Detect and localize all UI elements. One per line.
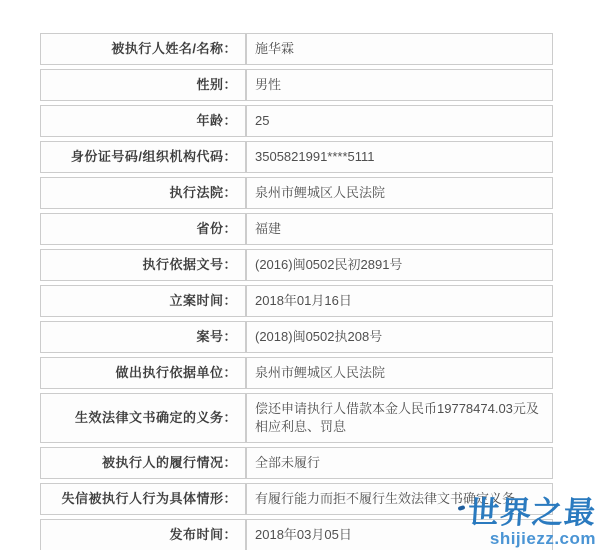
- table-row: 身份证号码/组织机构代码： 3505821991****5111: [40, 141, 553, 173]
- field-value: (2016)闽0502民初2891号: [246, 249, 553, 281]
- field-value: 福建: [246, 213, 553, 245]
- enforcement-record-table-wrap: 被执行人姓名/名称： 施华霖 性别： 男性 年龄： 25 身份证号码/组织机构代…: [40, 29, 553, 550]
- field-value: 施华霖: [246, 33, 553, 65]
- field-label: 省份：: [40, 213, 246, 245]
- table-row: 年龄： 25: [40, 105, 553, 137]
- site-watermark-logo[interactable]: 世界之最 shijiezz.com: [458, 497, 596, 547]
- table-row: 性别： 男性: [40, 69, 553, 101]
- field-label: 失信被执行人行为具体情形：: [40, 483, 246, 515]
- field-label: 生效法律文书确定的义务：: [40, 393, 246, 443]
- enforcement-record-table: 被执行人姓名/名称： 施华霖 性别： 男性 年龄： 25 身份证号码/组织机构代…: [40, 29, 553, 550]
- field-label: 被执行人姓名/名称：: [40, 33, 246, 65]
- field-value: 泉州市鲤城区人民法院: [246, 357, 553, 389]
- field-value: 泉州市鲤城区人民法院: [246, 177, 553, 209]
- field-value: 25: [246, 105, 553, 137]
- table-row: 生效法律文书确定的义务： 偿还申请执行人借款本金人民币19778474.03元及…: [40, 393, 553, 443]
- field-value: 男性: [246, 69, 553, 101]
- field-label: 年龄：: [40, 105, 246, 137]
- field-label: 执行依据文号：: [40, 249, 246, 281]
- field-label: 身份证号码/组织机构代码：: [40, 141, 246, 173]
- field-value: (2018)闽0502执208号: [246, 321, 553, 353]
- table-row: 被执行人的履行情况： 全部未履行: [40, 447, 553, 479]
- table-row: 执行法院： 泉州市鲤城区人民法院: [40, 177, 553, 209]
- site-name-text: 世界之最: [467, 497, 597, 528]
- table-row: 省份： 福建: [40, 213, 553, 245]
- table-row: 执行依据文号： (2016)闽0502民初2891号: [40, 249, 553, 281]
- field-label: 做出执行依据单位：: [40, 357, 246, 389]
- logo-cn-line: 世界之最: [458, 497, 596, 528]
- field-label: 发布时间：: [40, 519, 246, 550]
- table-row: 立案时间： 2018年01月16日: [40, 285, 553, 317]
- site-domain-text: shijiezz.com: [458, 530, 596, 547]
- field-label: 执行法院：: [40, 177, 246, 209]
- field-value: 全部未履行: [246, 447, 553, 479]
- field-value: 3505821991****5111: [246, 141, 553, 173]
- field-value: 2018年01月16日: [246, 285, 553, 317]
- field-label: 性别：: [40, 69, 246, 101]
- table-row: 被执行人姓名/名称： 施华霖: [40, 33, 553, 65]
- plane-swoosh-icon: [458, 505, 466, 511]
- table-row: 案号： (2018)闽0502执208号: [40, 321, 553, 353]
- page: 被执行人姓名/名称： 施华霖 性别： 男性 年龄： 25 身份证号码/组织机构代…: [0, 0, 599, 550]
- field-label: 案号：: [40, 321, 246, 353]
- table-row: 做出执行依据单位： 泉州市鲤城区人民法院: [40, 357, 553, 389]
- field-value: 偿还申请执行人借款本金人民币19778474.03元及相应利息、罚息: [246, 393, 553, 443]
- field-label: 被执行人的履行情况：: [40, 447, 246, 479]
- field-label: 立案时间：: [40, 285, 246, 317]
